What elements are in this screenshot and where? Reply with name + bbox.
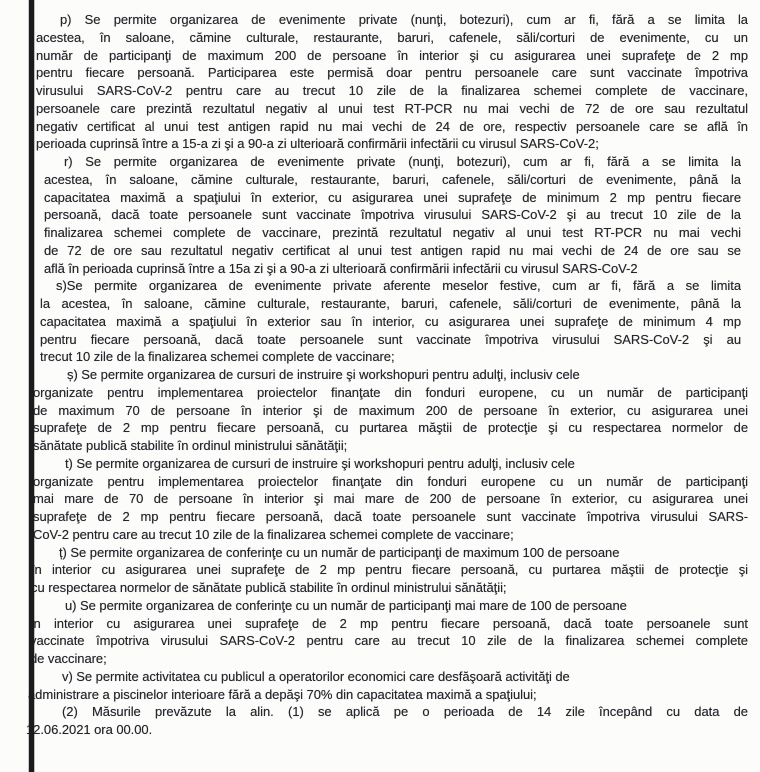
text-line: capacitatea maximă a spaţiului în exteri… — [40, 313, 741, 331]
text-line: u) Se permite organizarea de conferinţe … — [30, 597, 748, 615]
text-line: în interior cu asigurarea unei suprafeţe… — [31, 561, 748, 579]
text-line: ț) Se permite organizarea de conferinţe … — [31, 544, 748, 562]
text-line: perioada cuprinsă între a 15-a zi şi a 9… — [36, 135, 748, 153]
text-line: suprafeţe de 2 mp pentru fiecare persoan… — [33, 419, 748, 437]
text-line: de 72 de ore sau rezultatul negativ cert… — [44, 242, 741, 260]
text-line: CoV-2 pentru care au trecut 10 zile de l… — [33, 526, 748, 544]
text-line: s)Se permite organizarea de evenimente p… — [40, 277, 741, 295]
text-line: la acestea, în saloane, cămine culturale… — [40, 295, 741, 313]
paragraph-t: t) Se permite organizarea de cursuri de … — [33, 455, 748, 544]
text-line: suprafeţe de 2 mp pentru fiecare persoan… — [33, 508, 748, 526]
text-line: 12.06.2021 ora 00.00. — [26, 721, 748, 739]
scanned-document-page: p) Se permite organizarea de evenimente … — [0, 0, 760, 772]
text-line: pentru fiecare persoană, dacă toate pers… — [40, 331, 741, 349]
text-line: (2) Măsurile prevăzute la alin. (1) se a… — [26, 703, 748, 721]
text-line: trecut 10 zile de la finalizarea schemei… — [40, 348, 741, 366]
text-line: p) Se permite organizarea de evenimente … — [36, 11, 748, 29]
text-line: află în perioada cuprinsă între a 15a zi… — [44, 260, 741, 278]
text-line: r) Se permite organizarea de evenimente … — [44, 153, 741, 171]
text-line: organizate pentru implementarea proiecte… — [33, 384, 748, 402]
paragraph-s: s)Se permite organizarea de evenimente p… — [40, 277, 741, 366]
text-line: cu respectarea normelor de sănătate publ… — [31, 579, 748, 597]
text-line: negativ certificat al unui test antigen … — [36, 118, 748, 136]
text-line: acestea, în saloane, cămine culturale, r… — [36, 29, 748, 47]
paragraph-t-comma: ț) Se permite organizarea de conferinţe … — [31, 544, 748, 597]
text-line: capacitatea maximă a spaţiului în exteri… — [44, 189, 741, 207]
text-line: mai mare de 70 de persoane în interior ş… — [33, 490, 748, 508]
text-line: de vaccinare; — [30, 650, 748, 668]
text-line: virusului SARS-CoV-2 pentru care au trec… — [36, 82, 748, 100]
text-line: acestea, în saloane, cămine culturale, r… — [44, 171, 741, 189]
paragraph-u: u) Se permite organizarea de conferinţe … — [30, 597, 748, 668]
text-line: organizate pentru implementarea proiecte… — [33, 473, 748, 491]
text-line: vaccinate împotriva virusului SARS-CoV-2… — [30, 632, 748, 650]
text-line: ș) Se permite organizarea de cursuri de … — [33, 366, 748, 384]
paragraph-alin-2: (2) Măsurile prevăzute la alin. (1) se a… — [26, 703, 748, 739]
text-line: de maximum 70 de persoane în interior şi… — [33, 402, 748, 420]
text-line: număr de participanţi de maximum 200 de … — [36, 47, 748, 65]
text-line: în interior cu asigurarea unei suprafeţe… — [30, 615, 748, 633]
paragraph-p: p) Se permite organizarea de evenimente … — [36, 11, 748, 153]
text-line: v) Se permite activitatea cu publicul a … — [28, 668, 748, 686]
text-line: persoană, dacă toate persoanele sunt vac… — [44, 206, 741, 224]
paragraph-s-comma: ș) Se permite organizarea de cursuri de … — [33, 366, 748, 455]
text-line: finalizarea schemei complete de vaccinar… — [44, 224, 741, 242]
page-left-edge-line — [29, 0, 34, 772]
text-line: persoanele care prezintă rezultatul nega… — [36, 100, 748, 118]
document-body: p) Se permite organizarea de evenimente … — [0, 11, 760, 739]
text-line: sănătate publică stabilite în ordinul mi… — [33, 437, 748, 455]
text-line: administrare a piscinelor interioare făr… — [28, 686, 748, 704]
text-line: pentru fiecare persoană. Participarea es… — [36, 64, 748, 82]
paragraph-v: v) Se permite activitatea cu publicul a … — [28, 668, 748, 704]
paragraph-r: r) Se permite organizarea de evenimente … — [44, 153, 741, 277]
text-line: t) Se permite organizarea de cursuri de … — [33, 455, 748, 473]
